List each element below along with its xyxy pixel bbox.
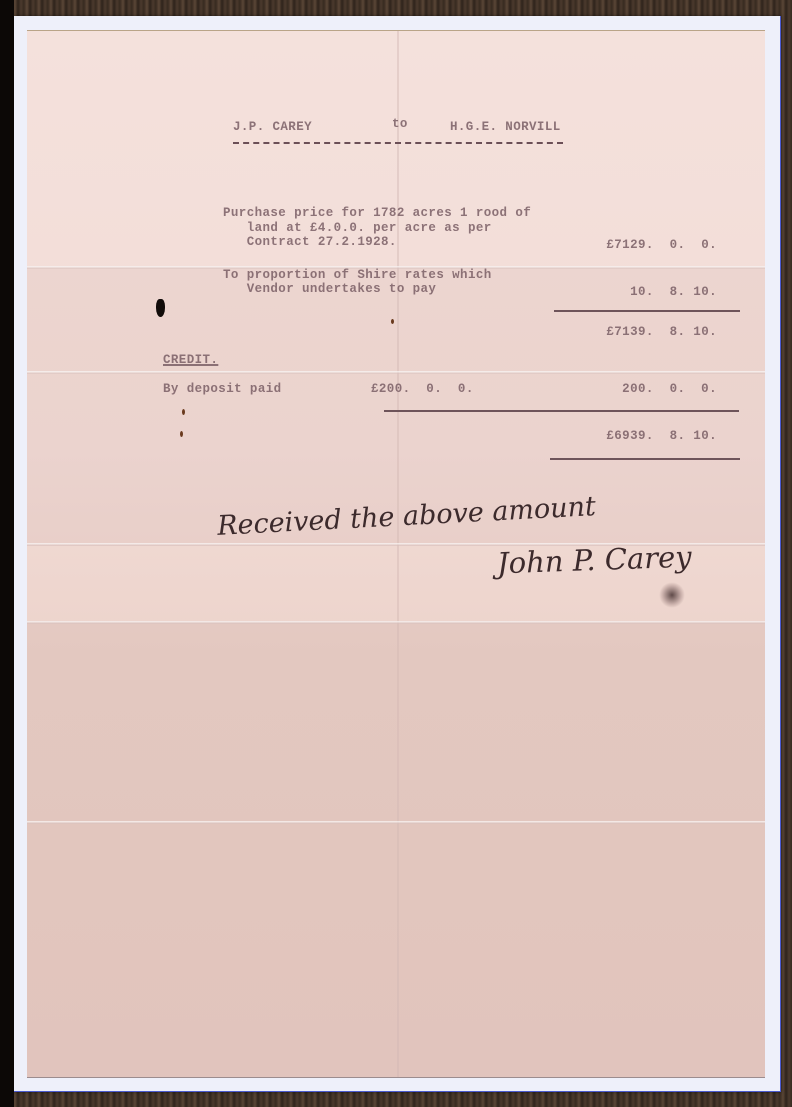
item-2-description-line-2: Vendor undertakes to pay [223, 282, 436, 296]
item-2-amount: 10. 8. 10. [567, 285, 717, 299]
item-1-amount: £7129. 0. 0. [567, 238, 717, 252]
header-underline [233, 142, 563, 144]
header-to: H.G.E. NORVILL [450, 120, 561, 134]
item-1-description-line-3: Contract 27.2.1928. [223, 235, 397, 249]
rust-spot [180, 431, 183, 437]
rust-spot [182, 409, 185, 415]
credit-rule [384, 410, 739, 412]
vertical-fold-crease [397, 31, 399, 1077]
header-from: J.P. CAREY [233, 120, 312, 134]
fold-crease [27, 821, 765, 824]
item-1-description-line-1: Purchase price for 1782 acres 1 rood of [223, 206, 531, 220]
paper-shading [27, 621, 765, 1077]
rust-spot [391, 319, 394, 324]
credit-item-amount: 200. 0. 0. [567, 382, 717, 396]
subtotal-amount: £7139. 8. 10. [567, 325, 717, 339]
header-connector: to [392, 117, 408, 131]
ink-stain [659, 582, 685, 608]
item-2-description-line-1: To proportion of Shire rates which [223, 268, 492, 282]
subtotal-rule [554, 310, 740, 312]
receipt-document: J.P. CAREY to H.G.E. NORVILL Purchase pr… [27, 30, 765, 1078]
fold-crease [27, 371, 765, 374]
fold-crease [27, 621, 765, 624]
balance-amount: £6939. 8. 10. [567, 429, 717, 443]
credit-item-label: By deposit paid [163, 382, 282, 396]
balance-double-rule [550, 458, 740, 460]
credit-heading: CREDIT. [163, 353, 218, 367]
handwritten-signature: John P. Carey [496, 540, 692, 581]
background-shadow [0, 0, 14, 1107]
paper-hole [156, 299, 165, 317]
credit-item-inner-amount: £200. 0. 0. [371, 382, 474, 396]
item-1-description-line-2: land at £4.0.0. per acre as per [223, 221, 492, 235]
